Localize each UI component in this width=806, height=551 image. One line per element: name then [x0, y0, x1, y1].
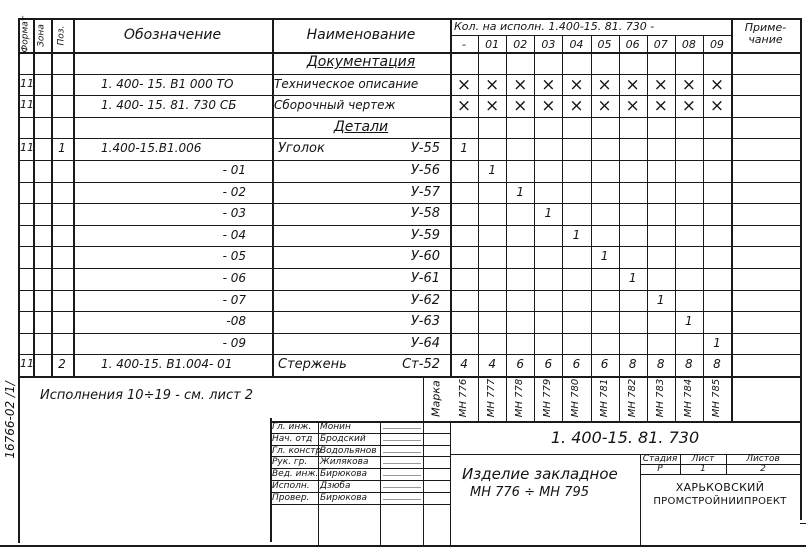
- header-notes-2: чание: [731, 33, 800, 46]
- row-designation: - 07: [73, 293, 246, 307]
- signature-scribble: [383, 435, 423, 441]
- qty-cell: 1: [675, 314, 703, 328]
- qty-cell: 1: [703, 336, 731, 350]
- row-name: Уголок: [278, 141, 378, 156]
- row-mark: У-63: [382, 314, 440, 329]
- signature-scribble: [383, 458, 423, 464]
- row-pos: 2: [51, 357, 73, 371]
- row-designation: - 06: [73, 271, 246, 285]
- frame-bottom: [18, 545, 806, 547]
- sig-col-divider: [380, 421, 381, 545]
- header-variant: 02: [506, 38, 534, 51]
- row-mark: У-56: [382, 163, 440, 178]
- qty-cell: ×: [619, 75, 647, 95]
- sig-role: Гл. констр: [272, 446, 317, 457]
- col-divider: [450, 18, 452, 376]
- sig-role: Исполн.: [272, 481, 317, 492]
- frame-tick: [800, 523, 806, 524]
- header-qty-group: Кол. на исполн. 1.400-15. 81. 730 -: [454, 20, 729, 33]
- row-mark: У-57: [382, 185, 440, 200]
- stage-row-line: [640, 474, 800, 475]
- row-line: [18, 138, 802, 139]
- row-mark: У-55: [382, 141, 440, 156]
- qty-cell: ×: [647, 75, 675, 95]
- sig-role: Рук. гр.: [272, 457, 317, 468]
- qty-cell: 4: [478, 357, 506, 371]
- signature-scribble: [383, 482, 423, 488]
- sig-name: Жилякова: [320, 457, 379, 468]
- qty-cell: ×: [478, 96, 506, 116]
- header-format: Формат: [22, 18, 31, 52]
- organization-line-1: ХАРЬКОВСКИЙ: [640, 481, 800, 495]
- qty-cell: 4: [450, 357, 478, 371]
- qty-cell: ×: [450, 75, 478, 95]
- section-heading: Документация: [272, 54, 450, 70]
- marka-divider: [423, 376, 424, 421]
- row-designation: - 09: [73, 336, 246, 350]
- row-mark: У-58: [382, 206, 440, 221]
- header-variant: 07: [647, 38, 675, 51]
- signature-scribble: [383, 423, 423, 429]
- qty-cell: 8: [703, 357, 731, 371]
- row-line: [18, 268, 802, 269]
- stage-label: Стадия: [640, 454, 680, 464]
- qty-cell: ×: [478, 75, 506, 95]
- qty-cell: ×: [506, 75, 534, 95]
- row-mark: Cт-52: [382, 357, 440, 372]
- mark-value: МН 780: [571, 376, 581, 420]
- row-line: [18, 290, 802, 291]
- qty-cell: ×: [562, 75, 590, 95]
- row-designation: 1. 400- 15. 81. 730 CБ: [101, 98, 270, 112]
- row-designation: -08: [73, 314, 246, 328]
- qty-cell: 6: [506, 357, 534, 371]
- row-designation: - 04: [73, 228, 246, 242]
- col-divider: [272, 18, 274, 376]
- organization-line-2: ПРОМСТРОЙНИИПРОЕКТ: [640, 495, 800, 509]
- qty-cell: 8: [675, 357, 703, 371]
- qty-cell: ×: [534, 75, 562, 95]
- header-variant: 01: [478, 38, 506, 51]
- mark-value: МН 784: [684, 376, 694, 420]
- row-mark: У-64: [382, 336, 440, 351]
- col-divider: [51, 18, 53, 376]
- qty-cell: 1: [506, 185, 534, 199]
- product-range: МН 776 ÷ МН 795: [470, 485, 640, 500]
- qty-cell: 8: [647, 357, 675, 371]
- row-mark: У-59: [382, 228, 440, 243]
- col-divider: [731, 18, 733, 421]
- qty-cell: ×: [506, 96, 534, 116]
- header-zone: Зона: [38, 18, 47, 52]
- row-line: [18, 311, 802, 312]
- row-designation: - 01: [73, 163, 246, 177]
- left-border: [18, 18, 20, 543]
- product-title: Изделие закладное: [462, 465, 642, 483]
- sig-role: Гл. инж.: [272, 422, 317, 433]
- row-pos: 1: [51, 141, 73, 155]
- row-line: [18, 203, 802, 204]
- header-designation: Обозначение: [73, 27, 272, 43]
- row-designation: 1.400-15.B1.006: [101, 141, 270, 155]
- specification-sheet: ФорматЗонаПоз.ОбозначениеНаименованиеКол…: [0, 0, 806, 551]
- qty-cell: 8: [619, 357, 647, 371]
- row-line: [18, 225, 802, 226]
- qty-cell: ×: [591, 75, 619, 95]
- qty-cell: 6: [534, 357, 562, 371]
- row-format: 11: [20, 77, 34, 90]
- qty-cell: 1: [591, 249, 619, 263]
- row-designation: - 02: [73, 185, 246, 199]
- qty-cell: ×: [647, 96, 675, 116]
- sig-name: Дзюба: [320, 481, 379, 492]
- sig-role: Провер.: [272, 493, 317, 504]
- row-line: [18, 117, 802, 118]
- mark-value: МН 778: [515, 376, 525, 420]
- qty-cell: ×: [591, 96, 619, 116]
- row-line: [18, 333, 802, 334]
- header-name: Наименование: [272, 27, 450, 43]
- header-variant: 03: [534, 38, 562, 51]
- row-line: [18, 160, 802, 161]
- signature-scribble: [383, 470, 423, 476]
- sig-name: Бирюкова: [320, 469, 379, 480]
- header-variant: 08: [675, 38, 703, 51]
- mark-value: МН 777: [487, 376, 497, 420]
- mark-value: МН 785: [712, 376, 722, 420]
- qty-cell: 6: [591, 357, 619, 371]
- row-name: Техническое описание: [274, 77, 448, 91]
- row-name: Сборочный чертеж: [274, 98, 448, 112]
- qty-cell: ×: [450, 96, 478, 116]
- right-border: [800, 18, 802, 520]
- row-format: 11: [20, 357, 34, 370]
- sig-role: Нач. отд: [272, 434, 317, 445]
- mark-value: МН 779: [543, 376, 553, 420]
- header-variant: 09: [703, 38, 731, 51]
- row-line: [18, 354, 802, 355]
- qty-cell: ×: [703, 96, 731, 116]
- row-format: 11: [20, 98, 34, 111]
- header-variant: 05: [591, 38, 619, 51]
- sheet-label: Лист: [680, 454, 726, 464]
- sheet-value: 1: [680, 464, 726, 474]
- qty-cell: 1: [450, 141, 478, 155]
- sheets-value: 2: [726, 464, 800, 474]
- section-heading: Детали: [272, 119, 450, 135]
- row-line: [18, 246, 802, 247]
- qty-cell: ×: [703, 75, 731, 95]
- row-mark: У-61: [382, 271, 440, 286]
- row-designation: 1. 400- 15. B1 000 TO: [101, 77, 270, 91]
- sig-name: Бирюкова: [320, 493, 379, 504]
- mark-value: МН 776: [459, 376, 469, 420]
- qty-cell: ×: [619, 96, 647, 116]
- sig-role: Вед. инж.: [272, 469, 317, 480]
- row-designation: - 05: [73, 249, 246, 263]
- sig-col-divider: [423, 421, 424, 545]
- qty-cell: ×: [534, 96, 562, 116]
- marka-label: Марка: [431, 376, 442, 420]
- row-designation: 1. 400-15. B1.004- 01: [101, 357, 270, 371]
- row-line: [18, 182, 802, 183]
- sig-name: Бродский: [320, 434, 379, 445]
- mark-value: МН 781: [600, 376, 610, 420]
- sig-name: Водольянов: [320, 446, 379, 457]
- organization-name: ХАРЬКОВСКИЙПРОМСТРОЙНИИПРОЕКТ: [640, 481, 800, 509]
- mark-value: МН 782: [628, 376, 638, 420]
- qty-cell: ×: [675, 75, 703, 95]
- stage-value: Р: [640, 464, 680, 474]
- archive-number: 16766-02 /1/: [4, 370, 16, 470]
- doc-number: 1. 400-15. 81. 730: [450, 428, 800, 447]
- col-divider: [33, 18, 35, 376]
- qty-cell: ×: [562, 96, 590, 116]
- signature-scribble: [383, 494, 423, 500]
- qty-cell: 1: [478, 163, 506, 177]
- qty-cell: 1: [619, 271, 647, 285]
- signature-scribble: [383, 447, 423, 453]
- header-variant: -: [450, 38, 478, 51]
- sig-col-divider: [318, 421, 319, 545]
- qty-cell: 1: [534, 206, 562, 220]
- row-mark: У-60: [382, 249, 440, 264]
- sheets-label: Листов: [726, 454, 800, 464]
- qty-cell: 6: [562, 357, 590, 371]
- row-mark: У-62: [382, 293, 440, 308]
- header-variant: 04: [562, 38, 590, 51]
- qty-cell: 1: [562, 228, 590, 242]
- row-format: 11: [20, 141, 34, 154]
- row-designation: - 03: [73, 206, 246, 220]
- sig-name: Монин: [320, 422, 379, 433]
- header-pos: Поз.: [58, 18, 67, 52]
- variants-note: Исполнения 10÷19 - см. лист 2: [40, 388, 300, 403]
- row-name: Стержень: [278, 357, 378, 372]
- qty-cell: 1: [647, 293, 675, 307]
- header-variant: 06: [619, 38, 647, 51]
- mark-value: МН 783: [656, 376, 666, 420]
- qty-cell: ×: [675, 96, 703, 116]
